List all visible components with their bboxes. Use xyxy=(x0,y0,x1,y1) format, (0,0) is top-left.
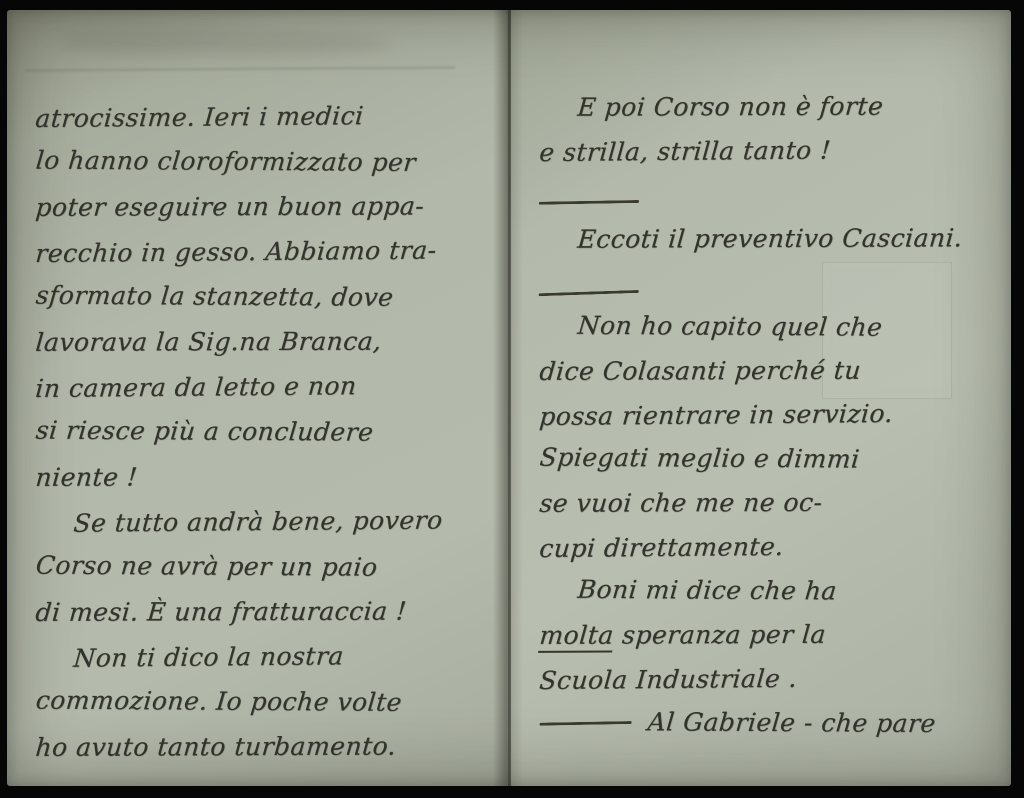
ink-rule-stroke xyxy=(539,721,631,726)
handwritten-line: Corso ne avrà per un paio xyxy=(33,551,503,599)
handwritten-line: se vuoi che me ne oc- xyxy=(537,487,1009,533)
handwritten-line: possa rientrare in servizio. xyxy=(537,398,1009,446)
paper-crease-mark xyxy=(25,66,455,71)
handwritten-line: cupi direttamente. xyxy=(537,530,1009,578)
handwritten-line: niente ! xyxy=(33,461,503,508)
handwritten-line: lavorava la Sig.na Branca, xyxy=(33,326,503,373)
right-page: E poi Corso non è fortee strilla, strill… xyxy=(507,10,1011,786)
handwritten-line: ho avuto tanto turbamento. xyxy=(33,731,503,778)
handwritten-line: e strilla, strilla tanto ! xyxy=(537,134,1009,182)
handwritten-line: poter eseguire un buon appa- xyxy=(33,191,503,238)
handwritten-line: Scuola Industriale . xyxy=(537,662,1009,710)
handwritten-line: Eccoti il preventivo Casciani. xyxy=(537,223,1009,269)
handwritten-line: dice Colasanti perché tu xyxy=(537,355,1009,401)
handwritten-line: molta speranza per la xyxy=(537,619,1009,665)
handwritten-line: di mesi. È una fratturaccia ! xyxy=(33,596,503,643)
ink-rule-stroke xyxy=(539,290,639,296)
separator-rule xyxy=(537,179,1009,226)
letter-paper: atrocissime. Ieri i medicilo hanno cloro… xyxy=(7,10,1011,786)
left-page: atrocissime. Ieri i medicilo hanno cloro… xyxy=(7,10,507,786)
separator-rule xyxy=(537,266,1009,314)
handwritten-line: sformato la stanzetta, dove xyxy=(33,281,503,329)
ink-showthrough-mark xyxy=(62,30,392,56)
underlined-word: molta xyxy=(538,621,615,653)
handwritten-line: Non ho capito quel che xyxy=(537,311,1009,358)
handwritten-line: recchio in gesso. Abbiamo tra- xyxy=(33,235,503,284)
handwritten-line: Se tutto andrà bene, povero xyxy=(33,505,503,554)
handwritten-line: Boni mi dice che ha xyxy=(537,575,1009,622)
handwritten-line: si riesce più a concludere xyxy=(33,416,503,464)
handwritten-line: E poi Corso non è forte xyxy=(537,91,1009,137)
handwritten-text: Al Gabriele - che pare xyxy=(646,707,937,738)
handwritten-line: commozione. Io poche volte xyxy=(33,686,503,734)
handwritten-line: Spiegati meglio e dimmi xyxy=(537,443,1009,490)
handwritten-line: Non ti dico la nostra xyxy=(33,640,503,689)
ink-rule-stroke xyxy=(539,200,639,205)
handwritten-line: in camera da letto e non xyxy=(33,370,503,419)
handwritten-line: lo hanno cloroformizzato per xyxy=(33,146,503,194)
scan-background: atrocissime. Ieri i medicilo hanno cloro… xyxy=(0,0,1024,798)
handwritten-line: atrocissime. Ieri i medici xyxy=(33,100,503,149)
handwritten-line: Al Gabriele - che pare xyxy=(537,707,1009,754)
